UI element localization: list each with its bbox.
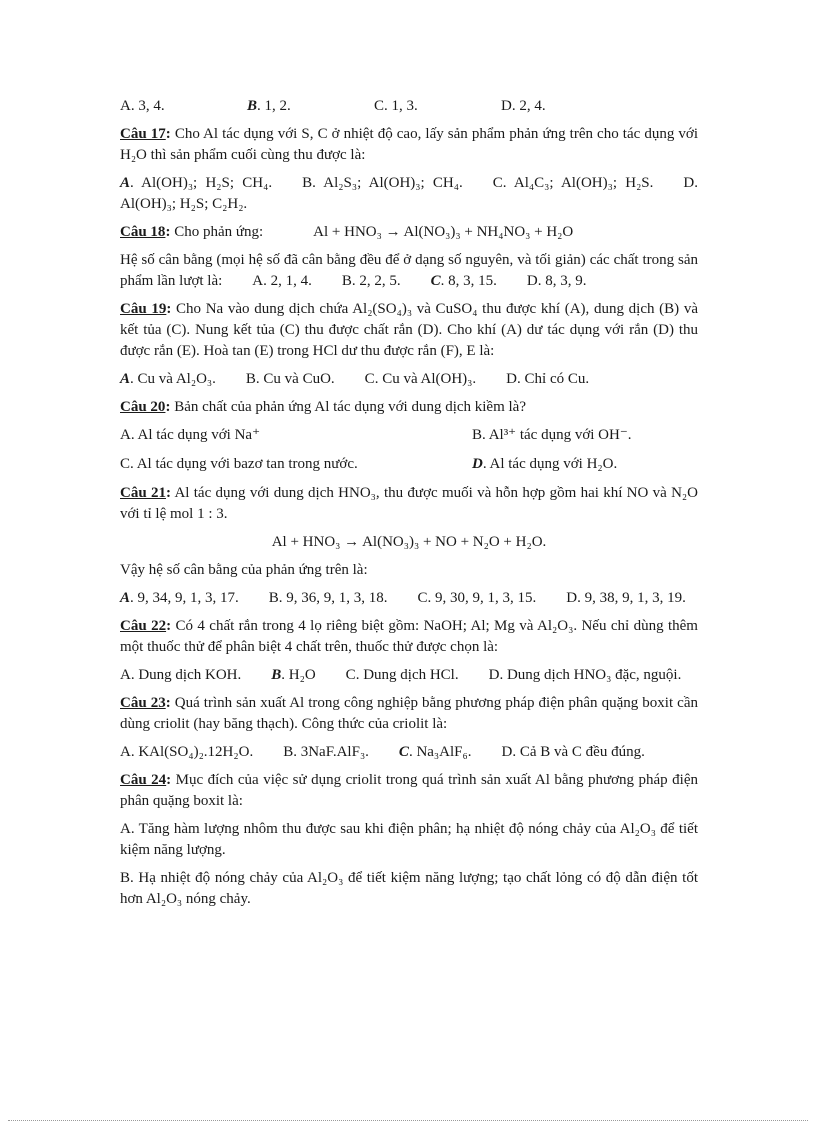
option-letter: B <box>342 273 352 289</box>
question-22-option-C: C. Dung dịch HCl. <box>346 667 459 683</box>
question-17-text: Cho Al tác dụng với S, C ở nhiệt độ cao,… <box>120 126 698 163</box>
option-letter: D <box>501 744 512 760</box>
option-text: . Chỉ có Cu. <box>517 371 589 387</box>
option-letter: A <box>120 98 131 114</box>
option-letter: B <box>269 590 279 606</box>
question-16-options-option-A: A. 3, 4. <box>120 96 247 117</box>
question-22-paragraph: Câu 22: Có 4 chất rắn trong 4 lọ riêng b… <box>120 616 698 658</box>
question-17: Câu 17: Cho Al tác dụng với S, C ở nhiệt… <box>120 124 698 215</box>
option-text: . Al³⁺ tác dụng với OH⁻. <box>482 427 632 443</box>
question-16-options-option-D: D. 2, 4. <box>501 96 628 117</box>
question-24-text: Mục đích của việc sử dụng criolit trong … <box>120 772 698 809</box>
question-16-options-option-B: B. 1, 2. <box>247 96 374 117</box>
option-letter: A <box>120 744 131 760</box>
question-19-text: Cho Na vào dung dịch chứa Al₂(SO₄)₃ và C… <box>120 301 698 359</box>
option-letter: B <box>302 175 312 191</box>
option-text: . Hạ nhiệt độ nóng chảy của Al₂O₃ để tiế… <box>120 870 698 907</box>
question-21-equation: Al + HNO₃ → Al(NO₃)₃ + NO + N₂O + H₂O. <box>120 532 698 553</box>
question-24-option-B-paragraph: B. Hạ nhiệt độ nóng chảy của Al₂O₃ để ti… <box>120 868 698 910</box>
question-24-option-A-paragraph: A. Tăng hàm lượng nhôm thu được sau khi … <box>120 819 698 861</box>
option-text: . 3NaF.AlF₃. <box>293 744 369 760</box>
option-text: . 1, 3. <box>384 98 418 114</box>
question-16-options-option-C: C. 1, 3. <box>374 96 501 117</box>
question-18-option-B: B. 2, 2, 5. <box>342 273 401 289</box>
question-18-options: Hệ số cân bằng (mọi hệ số đã cân bằng đề… <box>120 250 698 292</box>
option-text: . Cu và Al₂O₃. <box>130 371 216 387</box>
question-22-text: Có 4 chất rắn trong 4 lọ riêng biệt gồm:… <box>120 618 698 655</box>
option-letter: A <box>120 667 131 683</box>
question-21-option-B: B. 9, 36, 9, 1, 3, 18. <box>269 590 388 606</box>
option-text: . 2, 4. <box>512 98 546 114</box>
question-18-option-C: C. 8, 3, 15. <box>431 273 497 289</box>
option-text: . Cu và Al(OH)₃. <box>375 371 476 387</box>
question-21-label: Câu 21 <box>120 485 166 501</box>
option-letter: A <box>120 821 131 837</box>
question-20-paragraph: Câu 20: Bản chất của phản ứng Al tác dụn… <box>120 397 698 418</box>
option-letter: A <box>120 175 130 191</box>
question-20-option-cell: D. Al tác dụng với H₂O. <box>472 454 698 475</box>
question-23-options: A. KAl(SO₄)₂.12H₂O.B. 3NaF.AlF₃.C. Na₃Al… <box>120 742 698 763</box>
question-20-option-C: C. Al tác dụng với bazơ tan trong nước. <box>120 456 358 472</box>
option-letter: D <box>683 175 694 191</box>
option-text: . Al₄C₃; Al(OH)₃; H₂S. <box>503 175 654 191</box>
option-text: . 9, 34, 9, 1, 3, 17. <box>130 590 239 606</box>
option-text: . KAl(SO₄)₂.12H₂O. <box>131 744 253 760</box>
question-21-option-D: D. 9, 38, 9, 1, 3, 19. <box>566 590 686 606</box>
question-24: Câu 24: Mục đích của việc sử dụng crioli… <box>120 770 698 910</box>
question-21-text: Vậy hệ số cân bằng của phản ứng trên là: <box>120 562 368 578</box>
option-letter: A <box>120 590 130 606</box>
question-20-text: Bản chất của phản ứng Al tác dụng với du… <box>170 399 526 415</box>
question-24-option-B: B. Hạ nhiệt độ nóng chảy của Al₂O₃ để ti… <box>120 870 698 907</box>
question-19-options: A. Cu và Al₂O₃.B. Cu và CuO.C. Cu và Al(… <box>120 369 698 390</box>
question-20-option-cell: A. Al tác dụng với Na⁺ <box>120 425 472 446</box>
question-22-option-D: D. Dung dịch HNO₃ đặc, nguội. <box>489 667 682 683</box>
question-17-paragraph: Câu 17: Cho Al tác dụng với S, C ở nhiệt… <box>120 124 698 166</box>
option-letter: C <box>418 590 428 606</box>
question-20-options: A. Al tác dụng với Na⁺B. Al³⁺ tác dụng v… <box>120 425 698 475</box>
option-text: . Al tác dụng với Na⁺ <box>131 427 260 443</box>
option-text: . Al(OH)₃; H₂S; CH₄. <box>130 175 272 191</box>
option-letter: C <box>365 371 375 387</box>
option-text: . Dung dịch KOH. <box>131 667 241 683</box>
question-17-options: A. Al(OH)₃; H₂S; CH₄.B. Al₂S₃; Al(OH)₃; … <box>120 173 698 215</box>
option-text: . 2, 2, 5. <box>352 273 401 289</box>
option-text: . 3, 4. <box>131 98 165 114</box>
option-letter: C <box>399 744 409 760</box>
question-21-paragraph: Vậy hệ số cân bằng của phản ứng trên là: <box>120 560 698 581</box>
question-20-option-A: A. Al tác dụng với Na⁺ <box>120 427 260 443</box>
option-letter: D <box>501 98 512 114</box>
question-17-label: Câu 17 <box>120 126 166 142</box>
option-letter: D <box>472 456 483 472</box>
quiz-content: A. 3, 4.B. 1, 2.C. 1, 3.D. 2, 4.Câu 17: … <box>120 96 698 917</box>
question-18-label: Câu 18 <box>120 224 165 240</box>
question-24-paragraph: Câu 24: Mục đích của việc sử dụng crioli… <box>120 770 698 812</box>
option-letter: A <box>120 371 130 387</box>
option-letter: C <box>374 98 384 114</box>
question-23-paragraph: Câu 23: Quá trình sản xuất Al trong công… <box>120 693 698 735</box>
question-24-option-A: A. Tăng hàm lượng nhôm thu được sau khi … <box>120 821 698 858</box>
option-letter: B <box>246 371 256 387</box>
question-20-option-cell: C. Al tác dụng với bazơ tan trong nước. <box>120 454 472 475</box>
question-17-option-A: A. Al(OH)₃; H₂S; CH₄. <box>120 175 272 191</box>
option-letter: D <box>566 590 577 606</box>
option-letter: C <box>120 456 130 472</box>
question-20-label: Câu 20 <box>120 399 165 415</box>
question-20: Câu 20: Bản chất của phản ứng Al tác dụn… <box>120 397 698 475</box>
question-18-text: Al + HNO₃ → Al(NO₃)₃ + NH₄NO₃ + H₂O <box>313 224 573 240</box>
question-21-options: A. 9, 34, 9, 1, 3, 17.B. 9, 36, 9, 1, 3,… <box>120 588 698 609</box>
option-text: . 8, 3, 9. <box>538 273 587 289</box>
question-18-option-A: A. 2, 1, 4. <box>252 273 312 289</box>
question-21-paragraph: Câu 21: Al tác dụng với dung dịch HNO₃, … <box>120 483 698 525</box>
question-18: Câu 18: Cho phản ứng:Al + HNO₃ → Al(NO₃)… <box>120 222 698 292</box>
question-19-option-C: C. Cu và Al(OH)₃. <box>365 371 477 387</box>
option-letter: B <box>283 744 293 760</box>
question-22-option-A: A. Dung dịch KOH. <box>120 667 241 683</box>
question-18-text: Cho phản ứng: <box>170 224 263 240</box>
question-24-label: Câu 24 <box>120 772 166 788</box>
option-text: . Tăng hàm lượng nhôm thu được sau khi đ… <box>120 821 698 858</box>
question-19-label: Câu 19 <box>120 301 166 317</box>
question-22: Câu 22: Có 4 chất rắn trong 4 lọ riêng b… <box>120 616 698 686</box>
option-letter: D <box>489 667 500 683</box>
option-text: . Na₃AlF₆. <box>409 744 472 760</box>
question-23-label: Câu 23 <box>120 695 166 711</box>
option-letter: A <box>120 427 131 443</box>
question-20-option-D: D. Al tác dụng với H₂O. <box>472 456 617 472</box>
question-23-text: Quá trình sản xuất Al trong công nghiệp … <box>120 695 698 732</box>
option-text: . Dung dịch HCl. <box>356 667 459 683</box>
option-letter: B <box>271 667 281 683</box>
question-20-option-cell: B. Al³⁺ tác dụng với OH⁻. <box>472 425 698 446</box>
question-22-label: Câu 22 <box>120 618 166 634</box>
option-letter: B <box>120 870 130 886</box>
option-letter: C <box>346 667 356 683</box>
option-letter: C <box>493 175 503 191</box>
option-text: . 9, 38, 9, 1, 3, 19. <box>577 590 686 606</box>
question-21: Câu 21: Al tác dụng với dung dịch HNO₃, … <box>120 483 698 609</box>
option-text: . Al tác dụng với bazơ tan trong nước. <box>130 456 358 472</box>
option-text: . 9, 36, 9, 1, 3, 18. <box>279 590 388 606</box>
option-letter: A <box>252 273 263 289</box>
option-text: . Al₂S₃; Al(OH)₃; CH₄. <box>312 175 463 191</box>
option-text: . H₂O <box>281 667 315 683</box>
question-20-option-B: B. Al³⁺ tác dụng với OH⁻. <box>472 427 632 443</box>
question-22-option-B: B. H₂O <box>271 667 315 683</box>
option-text: . Cả B và C đều đúng. <box>512 744 645 760</box>
question-23-option-C: C. Na₃AlF₆. <box>399 744 472 760</box>
question-19-option-A: A. Cu và Al₂O₃. <box>120 371 216 387</box>
question-17-option-C: C. Al₄C₃; Al(OH)₃; H₂S. <box>493 175 654 191</box>
question-21-text: Al tác dụng với dung dịch HNO₃, thu được… <box>120 485 698 522</box>
option-letter: D <box>527 273 538 289</box>
option-letter: D <box>506 371 517 387</box>
question-22-options: A. Dung dịch KOH.B. H₂OC. Dung dịch HCl.… <box>120 665 698 686</box>
question-19-option-B: B. Cu và CuO. <box>246 371 335 387</box>
question-21-option-C: C. 9, 30, 9, 1, 3, 15. <box>418 590 537 606</box>
option-letter: C <box>431 273 441 289</box>
question-18-paragraph: Câu 18: Cho phản ứng:Al + HNO₃ → Al(NO₃)… <box>120 222 698 243</box>
question-19-paragraph: Câu 19: Cho Na vào dung dịch chứa Al₂(SO… <box>120 299 698 362</box>
option-text: . 9, 30, 9, 1, 3, 15. <box>428 590 537 606</box>
question-18-option-D: D. 8, 3, 9. <box>527 273 587 289</box>
option-text: . 8, 3, 15. <box>441 273 497 289</box>
question-21-option-A: A. 9, 34, 9, 1, 3, 17. <box>120 590 239 606</box>
option-letter: B <box>247 98 257 114</box>
question-23-option-D: D. Cả B và C đều đúng. <box>501 744 644 760</box>
option-text: . Cu và CuO. <box>256 371 335 387</box>
question-23-option-A: A. KAl(SO₄)₂.12H₂O. <box>120 744 253 760</box>
question-23: Câu 23: Quá trình sản xuất Al trong công… <box>120 693 698 763</box>
option-letter: B <box>472 427 482 443</box>
question-19-option-D: D. Chỉ có Cu. <box>506 371 589 387</box>
question-18-text: Hệ số cân bằng (mọi hệ số đã cân bằng đề… <box>120 252 698 289</box>
question-17-option-B: B. Al₂S₃; Al(OH)₃; CH₄. <box>302 175 463 191</box>
page-bottom-dotted-line <box>8 1120 808 1121</box>
question-16-options: A. 3, 4.B. 1, 2.C. 1, 3.D. 2, 4. <box>120 96 698 117</box>
option-text: . 1, 2. <box>257 98 291 114</box>
question-16-options: A. 3, 4.B. 1, 2.C. 1, 3.D. 2, 4. <box>120 96 698 117</box>
option-text: . Dung dịch HNO₃ đặc, nguội. <box>499 667 681 683</box>
question-23-option-B: B. 3NaF.AlF₃. <box>283 744 369 760</box>
option-text: . Al tác dụng với H₂O. <box>483 456 617 472</box>
document-page: A. 3, 4.B. 1, 2.C. 1, 3.D. 2, 4.Câu 17: … <box>0 0 816 1123</box>
question-19: Câu 19: Cho Na vào dung dịch chứa Al₂(SO… <box>120 299 698 390</box>
option-text: . 2, 1, 4. <box>263 273 312 289</box>
